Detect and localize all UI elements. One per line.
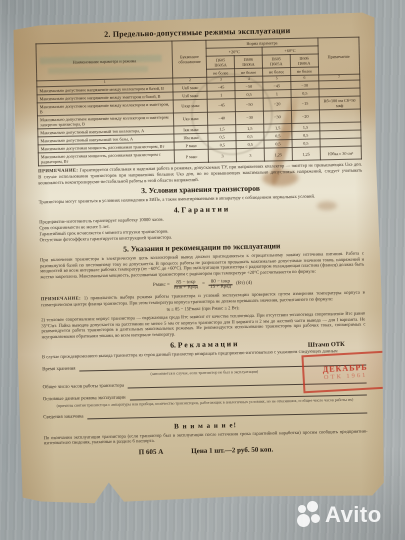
formula-unit: (Вт) (4) (236, 281, 252, 286)
avito-logo-icon (297, 501, 323, 529)
form-field-customer-info: Сведения заказчика (43, 406, 367, 420)
limits-table: Наименование параметра и режима Буквенно… (35, 37, 362, 167)
param-value: 3 (236, 148, 264, 162)
param-value: −30 (263, 110, 291, 124)
type-header: П606 П606А (234, 55, 262, 69)
param-value: 1,25 (292, 147, 320, 161)
formula-equals: = (202, 282, 205, 287)
otk-stamp-label: Штамп ОТК (308, 341, 345, 349)
formula-fraction: 85 − tокр Rпк + Rрад (174, 280, 199, 291)
formula-lhs: Pмакс = (153, 283, 170, 288)
field-label: Общее число часов работы транзистора (43, 383, 124, 390)
param-note: Юбка с 30 см² (320, 146, 362, 160)
col-header-symbol: Буквенное обозначение (172, 40, 207, 78)
col-header-name: Наименование параметра и режима (36, 41, 173, 81)
avito-wordmark: Avito (325, 502, 382, 528)
stamp-year: ОТК 1961 (324, 372, 368, 381)
avito-watermark: Avito (297, 496, 401, 534)
param-value: −45 (207, 98, 235, 112)
col-header-note: Примечание (318, 37, 360, 75)
param-symbol: P макс (174, 149, 208, 163)
document-footer: П 605 А Цена 1 шт.—2 руб. 50 коп. (44, 444, 368, 459)
blank-line (87, 406, 367, 419)
param-value: 3 (208, 149, 236, 163)
field-label: Сведения заказчика (43, 414, 83, 420)
param-value: −30 (236, 111, 264, 125)
param-value: −50 (235, 98, 263, 112)
model-number: П 605 А (139, 448, 164, 457)
section5-paragraph: При включении транзистора в электрическу… (40, 250, 364, 280)
param-value: −20 (291, 110, 319, 124)
param-symbol: Uкэ макс (174, 112, 208, 126)
param-symbol: Uкэр макс (173, 99, 207, 113)
param-note (319, 109, 361, 123)
param-value: −40 (208, 112, 236, 126)
section5-note2: 2) тепловое сопротивление корпус транзис… (41, 311, 365, 341)
param-value: −15 (291, 97, 319, 111)
formula-fraction: 80 − tокр 15 + Rрад (209, 279, 232, 289)
param-note: Rб=100 ом Сб=50 мкф (319, 96, 361, 110)
fraction-denominator: 15 + Rрад (210, 284, 231, 289)
price: Цена 1 шт.—2 руб. 50 коп. (191, 446, 273, 456)
param-name: Максимально допустимая мощность, рассеив… (38, 150, 174, 166)
type-header: П605 П605А (262, 55, 290, 69)
type-header: П606 П606А (290, 54, 318, 68)
otk-date-stamp: ДЕКАБРЬ ОТК 1961 (301, 351, 389, 394)
param-value: −20 (263, 97, 291, 111)
field-label: Время хранения (42, 366, 75, 372)
type-header: П605 П605А (207, 56, 235, 70)
param-value: 1,25 (264, 147, 292, 161)
fraction-denominator: Rпк + Rрад (174, 285, 198, 291)
passport-document: 2. Предельно-допустимые режимы эксплуата… (9, 12, 387, 506)
